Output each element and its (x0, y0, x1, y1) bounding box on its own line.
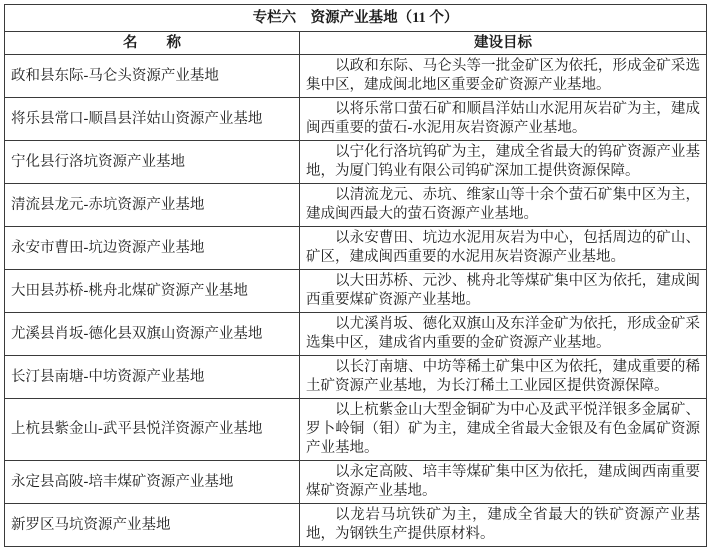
base-goal: 以大田苏桥、元沙、桃舟北等煤矿集中区为依托，建成闽西重要煤矿资源产业基地。 (300, 270, 707, 313)
base-goal: 以长汀南塘、中坊等稀土矿集中区为依托，建成重要的稀土矿资源产业基地，为长汀稀土工… (300, 356, 707, 399)
header-row: 名 称 建设目标 (5, 32, 707, 55)
base-name: 政和县东际-马仑头资源产业基地 (5, 55, 300, 98)
base-name: 上杭县紫金山-武平县悦洋资源产业基地 (5, 399, 300, 461)
base-name: 永安市曹田-坑边资源产业基地 (5, 227, 300, 270)
table-row: 宁化县行洛坑资源产业基地 以宁化行洛坑钨矿为主，建成全省最大的钨矿资源产业基地，… (5, 141, 707, 184)
base-goal: 以清流龙元、赤坑、维家山等十余个萤石矿集中区为主，建成闽西最大的萤石资源产业基地… (300, 184, 707, 227)
table-row: 新罗区马坑资源产业基地 以龙岩马坑铁矿为主，建成全省最大的铁矿资源产业基地，为钢… (5, 504, 707, 547)
base-name: 清流县龙元-赤坑资源产业基地 (5, 184, 300, 227)
base-name: 长汀县南塘-中坊资源产业基地 (5, 356, 300, 399)
title-row: 专栏六 资源产业基地（11 个） (5, 5, 707, 32)
base-name: 宁化县行洛坑资源产业基地 (5, 141, 300, 184)
base-goal: 以龙岩马坑铁矿为主，建成全省最大的铁矿资源产业基地，为钢铁生产提供原材料。 (300, 504, 707, 547)
table-row: 上杭县紫金山-武平县悦洋资源产业基地 以上杭紫金山大型金铜矿为中心及武平悦洋银多… (5, 399, 707, 461)
base-goal: 以宁化行洛坑钨矿为主，建成全省最大的钨矿资源产业基地，为厦门钨业有限公司钨矿深加… (300, 141, 707, 184)
base-goal: 以上杭紫金山大型金铜矿为中心及武平悦洋银多金属矿、罗卜岭铜（钼）矿为主，建成全省… (300, 399, 707, 461)
document-page: 专栏六 资源产业基地（11 个） 名 称 建设目标 政和县东际-马仑头资源产业基… (0, 0, 710, 551)
base-name: 大田县苏桥-桃舟北煤矿资源产业基地 (5, 270, 300, 313)
table-row: 尤溪县肖坂-德化县双旗山资源产业基地 以尤溪肖坂、德化双旗山及东洋金矿为依托，形… (5, 313, 707, 356)
table-row: 大田县苏桥-桃舟北煤矿资源产业基地 以大田苏桥、元沙、桃舟北等煤矿集中区为依托，… (5, 270, 707, 313)
base-goal: 以将乐常口萤石矿和顺昌洋姑山水泥用灰岩矿为主，建成闽西重要的萤石-水泥用灰岩资源… (300, 98, 707, 141)
base-name: 永定县高陂-培丰煤矿资源产业基地 (5, 461, 300, 504)
base-name: 新罗区马坑资源产业基地 (5, 504, 300, 547)
base-goal: 以永定高陂、培丰等煤矿集中区为依托，建成闽西南重要煤矿资源产业基地。 (300, 461, 707, 504)
table-row: 永安市曹田-坑边资源产业基地 以永安曹田、坑边水泥用灰岩为中心，包括周边的矿山、… (5, 227, 707, 270)
base-goal: 以永安曹田、坑边水泥用灰岩为中心，包括周边的矿山、矿区，建成闽西重要的水泥用灰岩… (300, 227, 707, 270)
base-name: 将乐县常口-顺昌县洋姑山资源产业基地 (5, 98, 300, 141)
panel-title: 专栏六 资源产业基地（11 个） (5, 5, 707, 32)
column-header-name: 名 称 (5, 32, 300, 55)
table-row: 将乐县常口-顺昌县洋姑山资源产业基地 以将乐常口萤石矿和顺昌洋姑山水泥用灰岩矿为… (5, 98, 707, 141)
table-row: 永定县高陂-培丰煤矿资源产业基地 以永定高陂、培丰等煤矿集中区为依托，建成闽西南… (5, 461, 707, 504)
column-header-goal: 建设目标 (300, 32, 707, 55)
table-row: 清流县龙元-赤坑资源产业基地 以清流龙元、赤坑、维家山等十余个萤石矿集中区为主，… (5, 184, 707, 227)
table-row: 长汀县南塘-中坊资源产业基地 以长汀南塘、中坊等稀土矿集中区为依托，建成重要的稀… (5, 356, 707, 399)
table-row: 政和县东际-马仑头资源产业基地 以政和东际、马仑头等一批金矿区为依托，形成金矿采… (5, 55, 707, 98)
base-name: 尤溪县肖坂-德化县双旗山资源产业基地 (5, 313, 300, 356)
resource-base-table: 专栏六 资源产业基地（11 个） 名 称 建设目标 政和县东际-马仑头资源产业基… (4, 4, 707, 547)
base-goal: 以政和东际、马仑头等一批金矿区为依托，形成金矿采选集中区，建成闽北地区重要金矿资… (300, 55, 707, 98)
base-goal: 以尤溪肖坂、德化双旗山及东洋金矿为依托，形成金矿采选集中区，建成省内重要的金矿资… (300, 313, 707, 356)
